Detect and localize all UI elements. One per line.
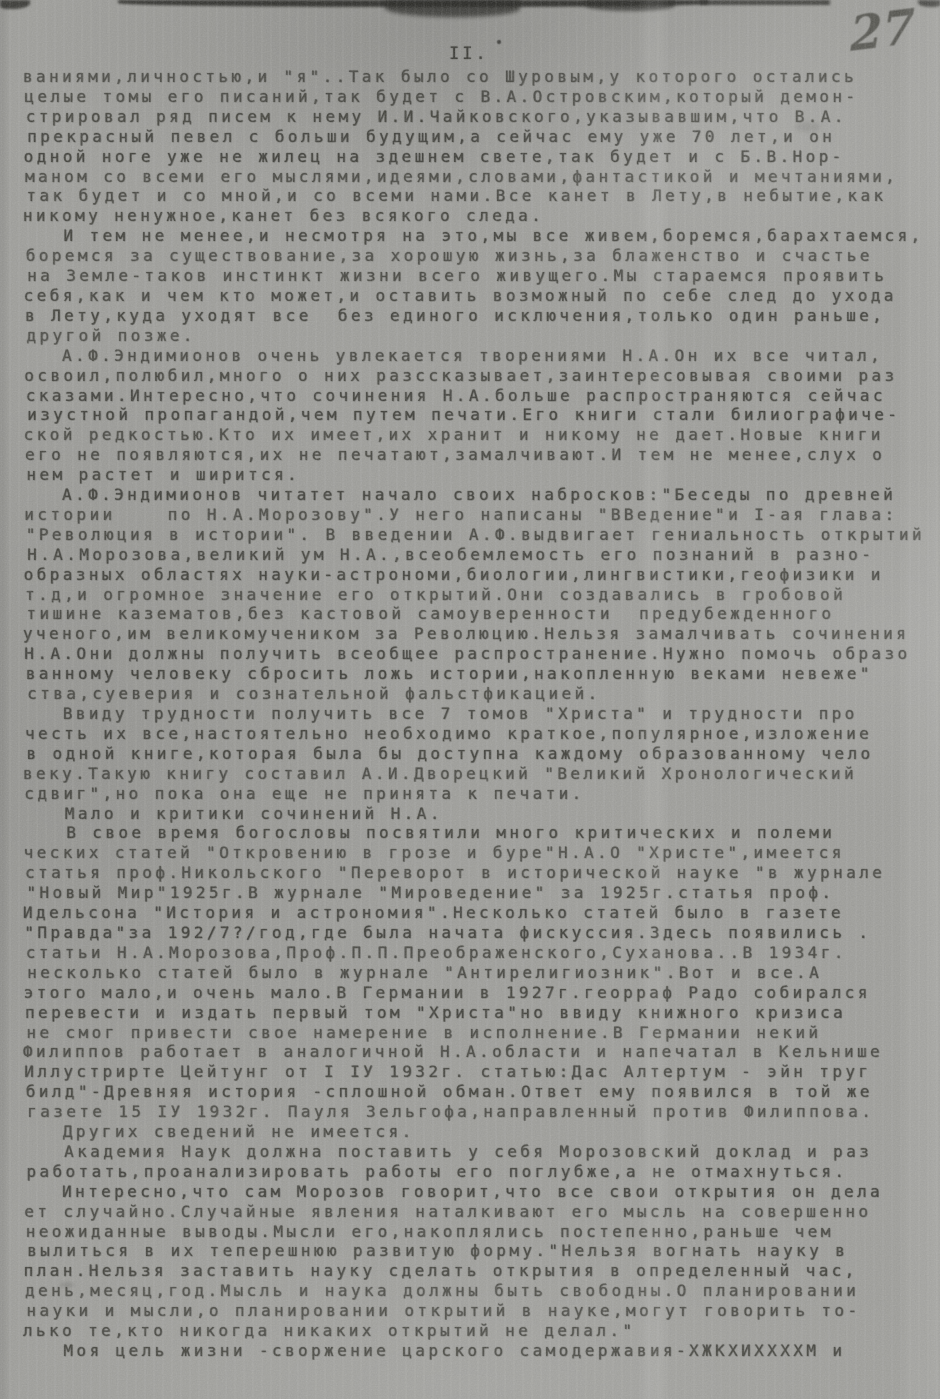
typed-line: Иллустрирте Цейтунг от I IУ 1932г. стать…: [24, 1062, 923, 1082]
typed-line: Идельсона "История и астрономия".Несколь…: [23, 903, 922, 923]
typed-line: прекрасный певел с больши будущим,а сейч…: [27, 127, 926, 147]
typed-line: день,месяц,год.Мысль и наука должны быть…: [25, 1281, 924, 1301]
typed-line: Мало и критики сочинений Н.А.: [26, 804, 925, 824]
typed-line: освоил,полюбил,много о них разссказывает…: [24, 366, 923, 386]
typed-line: образных областях науки-астрономи,биолог…: [24, 565, 923, 585]
typed-line: статья проф.Никольского "Переворот в ист…: [25, 863, 924, 883]
typed-line: себя,как и чем кто может,и оставить возм…: [24, 286, 923, 306]
typed-line: "Правда"за 192/7?/год,где была начата фи…: [24, 923, 923, 943]
typed-line: Н.А.Морозова,великий ум Н.А.,всеобемлемо…: [27, 545, 926, 565]
typed-line: не смог привести свое намерение в исполн…: [26, 1023, 925, 1043]
typed-line: ученого,им великомучеником за Революцию.…: [23, 624, 922, 644]
typed-line: боремся за существование,за хорошую жизн…: [26, 246, 925, 266]
typed-line: Ввиду трудности получить все 7 томов "Хр…: [24, 704, 923, 724]
typed-line: ческих статей "Откровению в грозе и буре…: [24, 843, 923, 863]
typed-body-text: ваниями,личностью,и "я"..Так было со Шур…: [0, 0, 924, 1361]
typed-line: ваниями,личностью,и "я"..Так было со Шур…: [23, 67, 922, 87]
typed-line: нем растет и ширится.: [26, 465, 925, 485]
typed-line: на Земле-таков инстинкт жизни всего живу…: [27, 266, 926, 286]
typed-line: Моя цель жизни -своржение царского самод…: [24, 1341, 923, 1361]
typed-line: лько те,кто никогда никаких открытий не …: [23, 1321, 922, 1341]
typed-line: веку.Такую книгу составил А.И.Дворецкий …: [23, 764, 922, 784]
typed-line: Филиппов работает в аналогичной Н.А.обла…: [23, 1042, 922, 1062]
typed-line: Академия Наук должна поставить у себя Мо…: [25, 1142, 924, 1162]
typed-line: В свое время богословы посвятили много к…: [27, 823, 926, 843]
typed-line: целые томы его писаний,так будет с В.А.О…: [24, 87, 923, 107]
typed-line: Интересно,что сам Морозов говорит,что вс…: [23, 1182, 922, 1202]
typed-line: этого мало,и очень мало.В Германии в 192…: [24, 983, 923, 1003]
typed-line: науки и мысли,о планировании открытий в …: [26, 1301, 925, 1321]
typed-line: в одной книге,которая была бы доступна к…: [26, 744, 925, 764]
typed-line: маном со всеми его мыслями,идеями,словам…: [25, 167, 924, 187]
typed-line: стрировал ряд писем к нему И.И.Чайковско…: [26, 107, 925, 127]
typed-line: вылиться в их теперешнюю развитую форму.…: [27, 1241, 926, 1261]
typed-line: т.д,и огромное значение его открытий.Они…: [25, 585, 924, 605]
typed-line: план.Нельзя заставить науку сделать откр…: [24, 1261, 923, 1281]
typed-line: А.Ф.Эндимионов очень увлекается творения…: [23, 346, 922, 366]
typed-line: "Революция в истории". В введении А.Ф.вы…: [26, 525, 925, 545]
typed-line: честь их все,настоятельно необходимо кра…: [25, 724, 924, 744]
typed-line: в Лету,куда уходят все без единого исклю…: [25, 306, 924, 326]
typed-line: Н.А.Они должны получить всеобщее распрос…: [24, 644, 923, 664]
typed-line: "Новый Мир"1925г.В журнале "Мироведение"…: [26, 883, 925, 903]
typed-line: одной ноге уже не жилец на здешнем свете…: [24, 147, 923, 167]
typed-line: никому ненужное,канет без всякого следа.: [23, 206, 922, 226]
typed-line: несколько статей было в журнале "Антирел…: [27, 963, 926, 983]
typed-line: И тем не менее,и несмотря на это,мы все …: [24, 226, 923, 246]
typed-line: статьи Н.А.Морозова,Проф.П.П.Преображенс…: [26, 943, 925, 963]
typed-line: другой позже.: [26, 326, 925, 346]
typed-line: его не появляются,их не печатают,замалчи…: [25, 445, 924, 465]
typed-line: сказами.Интересно,что сочинения Н.А.боль…: [26, 386, 925, 406]
typed-line: билд"-Древняя история -сплошной обман.От…: [26, 1082, 925, 1102]
typed-line: ства,суеверия и сознательной фальстфикац…: [27, 684, 926, 704]
typed-line: перевести и издать первый том "Христа"но…: [25, 1003, 924, 1023]
typed-line: газете 15 IУ 1932г. Пауля Зельгофа,напра…: [27, 1102, 926, 1122]
typed-line: неожиданные выводы.Мысли его,накоплялись…: [26, 1222, 925, 1242]
typed-line: Других сведений не имеется.: [24, 1122, 923, 1142]
typed-line: ской редкостью.Кто их имеет,их хранит и …: [24, 425, 923, 445]
typed-line: истории по Н.А.Морозову".У него написаны…: [24, 505, 923, 525]
typed-line: А.Ф.Эндимионов читатет начало своих набр…: [23, 485, 922, 505]
typed-line: сдвиг",но пока она еще не принята к печа…: [24, 784, 923, 804]
typed-line: так будет и со мной,и со всеми нами.Все …: [26, 186, 925, 206]
typed-line: ет случайно.Случайные явления наталкиваю…: [24, 1202, 923, 1222]
typed-line: изустной пропагандой,чем путем печати.Ег…: [27, 405, 926, 425]
typed-line: тишине казематов,без кастовой самоуверен…: [26, 604, 925, 624]
typed-line: работать,проанализировать работы его пог…: [26, 1162, 925, 1182]
typed-line: ванному человеку сбросить ложь истории,н…: [26, 664, 925, 684]
scanned-page: 27 II. ваниями,личностью,и "я"..Так было…: [0, 0, 940, 1399]
